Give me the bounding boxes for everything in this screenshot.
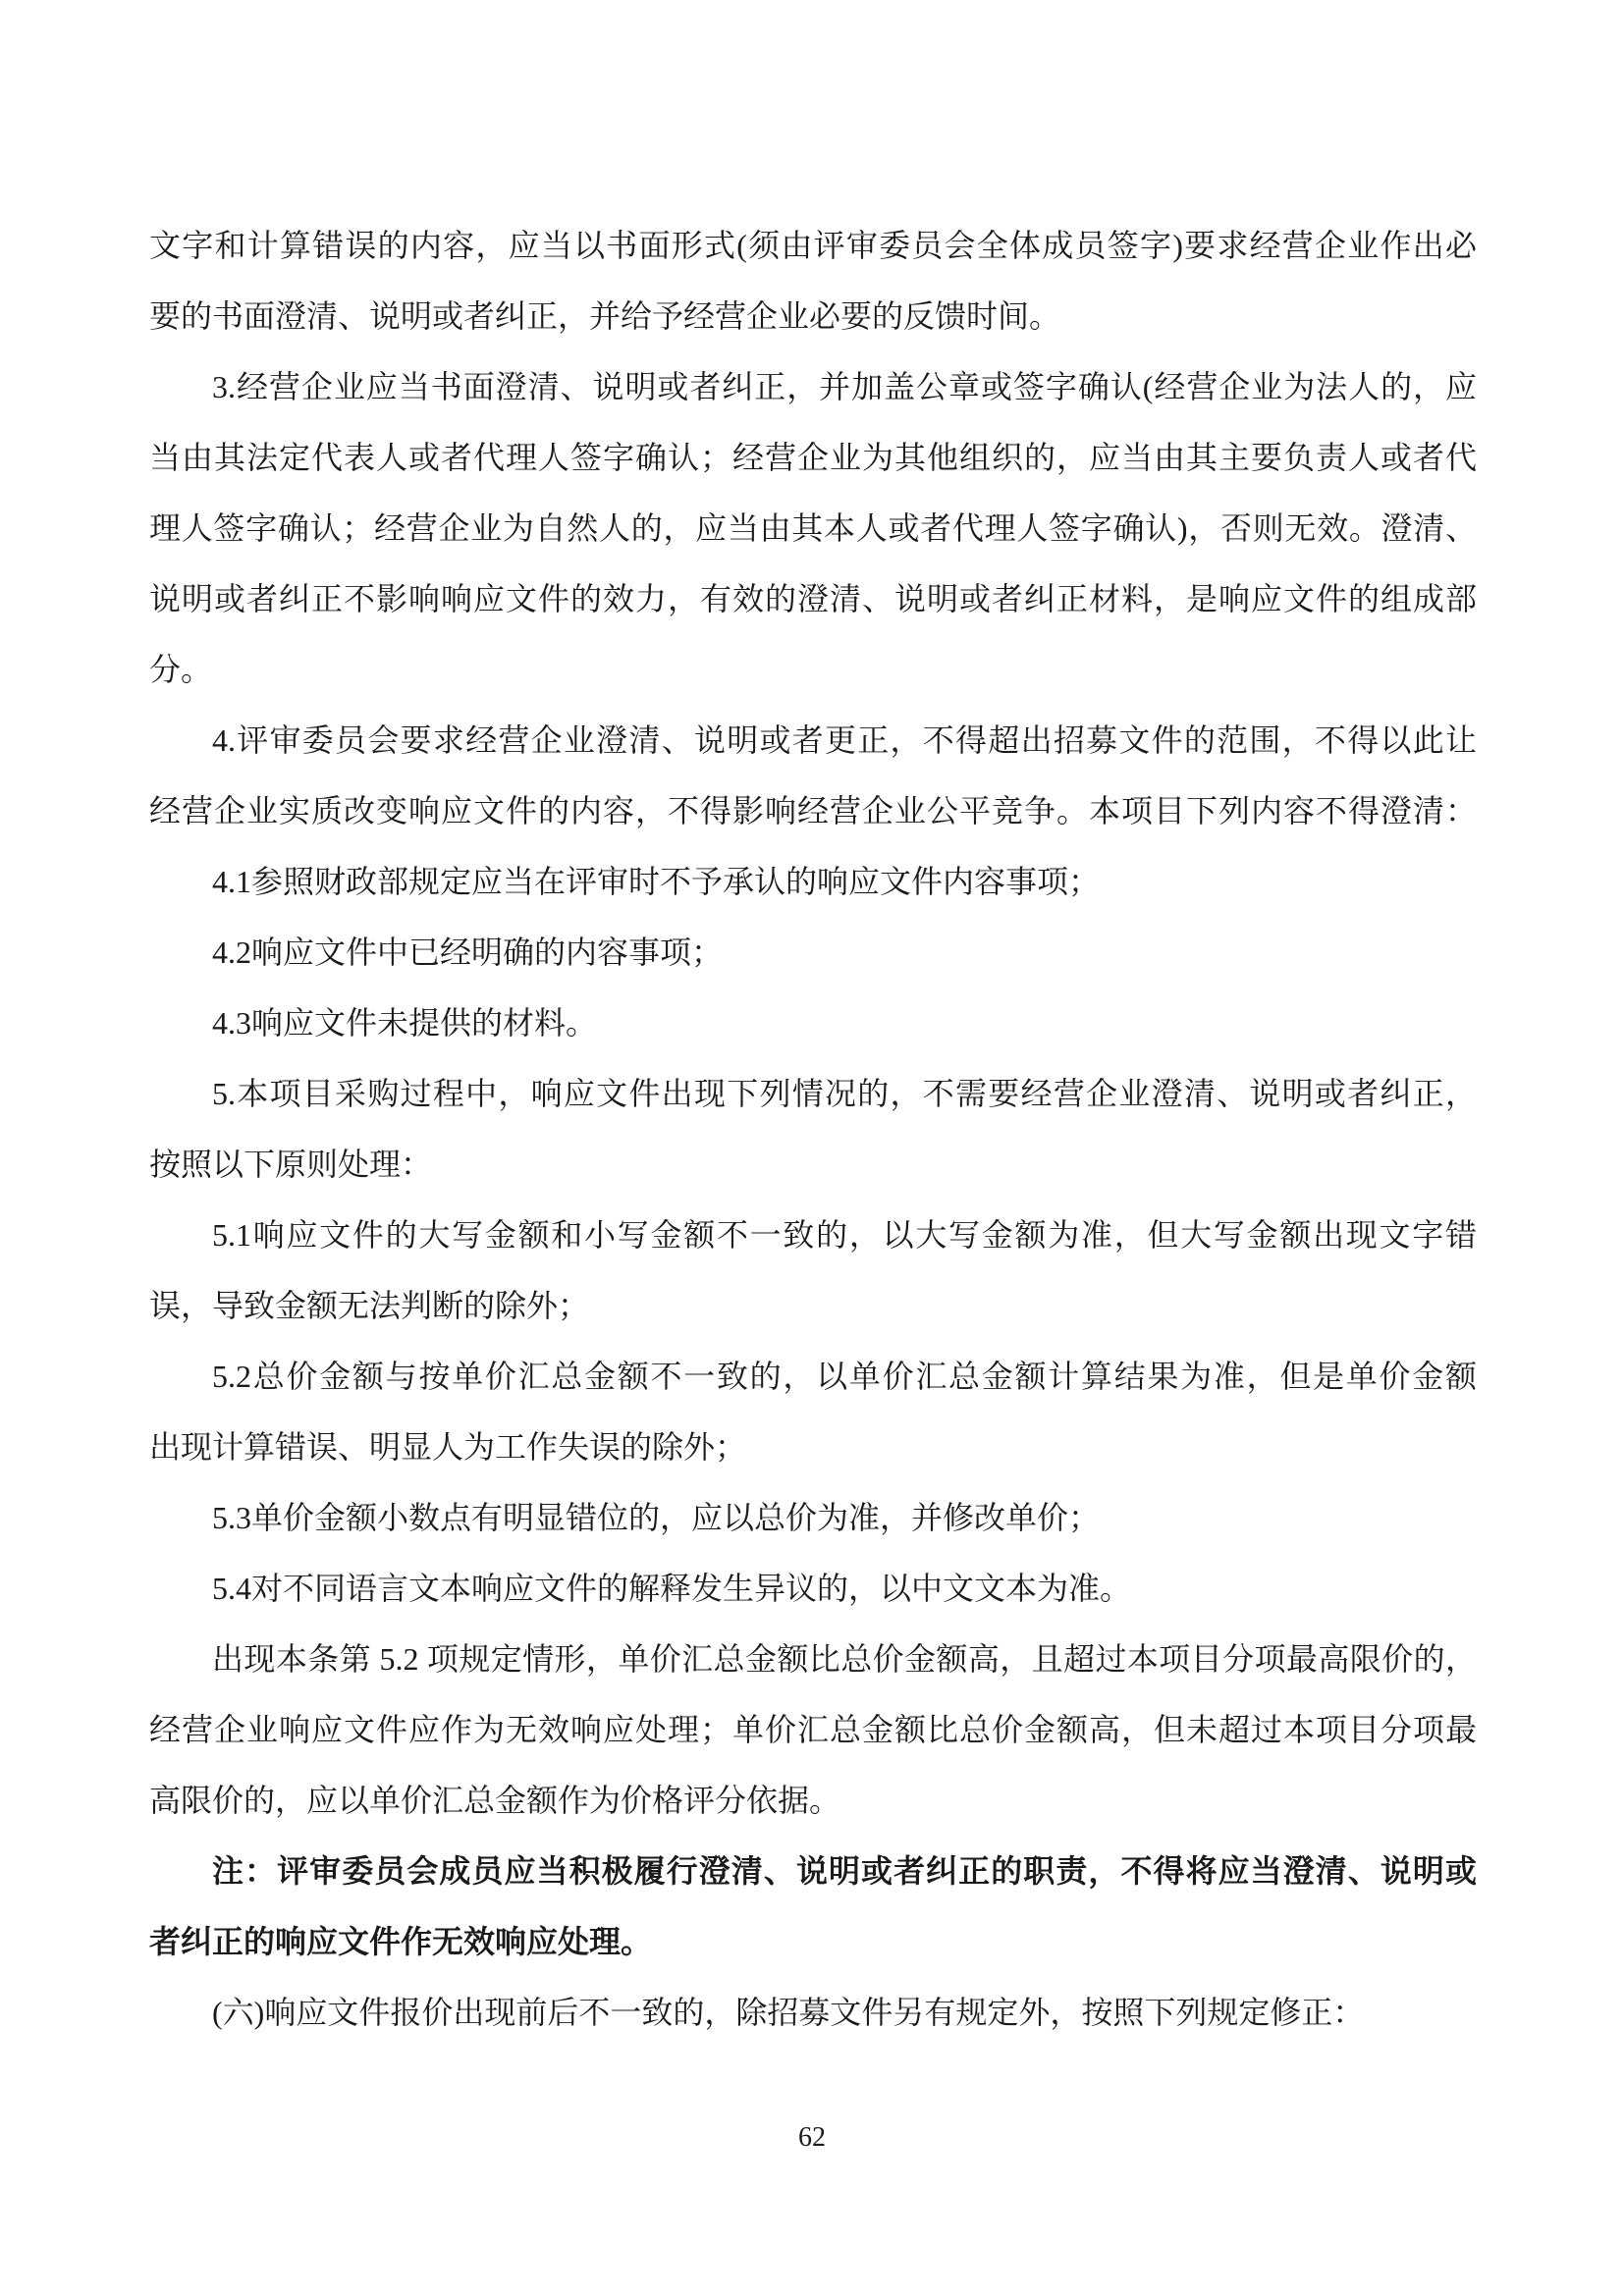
- text-line: 4.3响应文件未提供的材料。: [149, 988, 1477, 1058]
- text-line: 说明或者纠正不影响响应文件的效力，有效的澄清、说明或者纠正材料，是响应文件的组成…: [149, 563, 1477, 634]
- text-line: 4.1参照财政部规定应当在评审时不予承认的响应文件内容事项；: [149, 846, 1477, 917]
- text-line: 分。: [149, 634, 1477, 705]
- text-line: (六)响应文件报价出现前后不一致的，除招募文件另有规定外，按照下列规定修正：: [149, 1977, 1477, 2048]
- document-page: 文字和计算错误的内容，应当以书面形式(须由评审委员会全体成员签字)要求经营企业作…: [0, 0, 1624, 2296]
- text-line: 理人签字确认；经营企业为自然人的，应当由其本人或者代理人签字确认)，否则无效。澄…: [149, 493, 1477, 563]
- text-line: 按照以下原则处理：: [149, 1129, 1477, 1200]
- page-number: 62: [0, 2116, 1624, 2160]
- text-line: 文字和计算错误的内容，应当以书面形式(须由评审委员会全体成员签字)要求经营企业作…: [149, 210, 1477, 281]
- text-line: 当由其法定代表人或者代理人签字确认；经营企业为其他组织的，应当由其主要负责人或者…: [149, 422, 1477, 493]
- text-line: 5.2总价金额与按单价汇总金额不一致的，以单价汇总金额计算结果为准，但是单价金额: [149, 1341, 1477, 1412]
- text-line: 经营企业实质改变响应文件的内容，不得影响经营企业公平竞争。本项目下列内容不得澄清…: [149, 775, 1477, 846]
- text-line: 出现本条第 5.2 项规定情形，单价汇总金额比总价金额高，且超过本项目分项最高限…: [149, 1624, 1477, 1694]
- text-line: 出现计算错误、明显人为工作失误的除外；: [149, 1412, 1477, 1482]
- text-line: 高限价的，应以单价汇总金额作为价格评分依据。: [149, 1765, 1477, 1836]
- text-line: 注：评审委员会成员应当积极履行澄清、说明或者纠正的职责，不得将应当澄清、说明或: [149, 1836, 1477, 1906]
- text-line: 经营企业响应文件应作为无效响应处理；单价汇总金额比总价金额高，但未超过本项目分项…: [149, 1694, 1477, 1765]
- document-body: 文字和计算错误的内容，应当以书面形式(须由评审委员会全体成员签字)要求经营企业作…: [149, 210, 1477, 2048]
- text-line: 3.经营企业应当书面澄清、说明或者纠正，并加盖公章或签字确认(经营企业为法人的，…: [149, 351, 1477, 422]
- text-line: 4.评审委员会要求经营企业澄清、说明或者更正，不得超出招募文件的范围，不得以此让: [149, 705, 1477, 775]
- text-line: 5.4对不同语言文本响应文件的解释发生异议的，以中文文本为准。: [149, 1553, 1477, 1624]
- text-line: 5.1响应文件的大写金额和小写金额不一致的，以大写金额为准，但大写金额出现文字错: [149, 1200, 1477, 1270]
- text-line: 5.3单价金额小数点有明显错位的，应以总价为准，并修改单价；: [149, 1482, 1477, 1553]
- text-line: 要的书面澄清、说明或者纠正，并给予经营企业必要的反馈时间。: [149, 281, 1477, 351]
- text-line: 5.本项目采购过程中，响应文件出现下列情况的，不需要经营企业澄清、说明或者纠正，: [149, 1058, 1477, 1129]
- text-line: 者纠正的响应文件作无效响应处理。: [149, 1906, 1477, 1977]
- text-line: 误，导致金额无法判断的除外；: [149, 1270, 1477, 1341]
- text-line: 4.2响应文件中已经明确的内容事项；: [149, 917, 1477, 988]
